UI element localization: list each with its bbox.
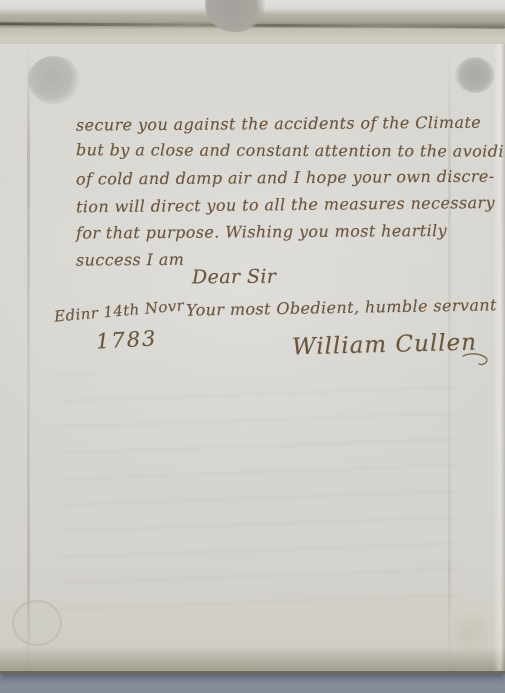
- place-and-date: Edinr 14th Novr: [53, 296, 184, 325]
- adhesive-blotch-top-left: [28, 56, 80, 104]
- letter-line: secure you against the accidents of the …: [76, 108, 505, 138]
- salutation: Dear Sir: [192, 266, 277, 289]
- letter-line: tion will direct you to all the measures…: [76, 189, 505, 221]
- signature-william-cullen: William Cullen: [292, 330, 478, 361]
- letter-line: for that purpose. Wishing you most heart…: [76, 216, 505, 246]
- paper-crease-left: [27, 44, 30, 671]
- letter-line: but by a close and constant attention to…: [76, 136, 505, 165]
- adhesive-blotch-right: [455, 57, 495, 93]
- faint-ring-stain-bottom-left: [12, 600, 62, 646]
- ink-showthrough: [60, 374, 460, 614]
- scanned-letter-page: secure you against the accidents of the …: [0, 0, 505, 693]
- letter-paper: secure you against the accidents of the …: [0, 44, 505, 674]
- faint-stain-bottom-right: [447, 612, 493, 652]
- signature-flourish: [462, 352, 492, 368]
- letter-line: of cold and damp air and I hope your own…: [76, 162, 505, 192]
- year: 1783: [95, 326, 158, 353]
- letter-body: secure you against the accidents of the …: [76, 110, 505, 272]
- letter-line: success I am: [76, 243, 505, 273]
